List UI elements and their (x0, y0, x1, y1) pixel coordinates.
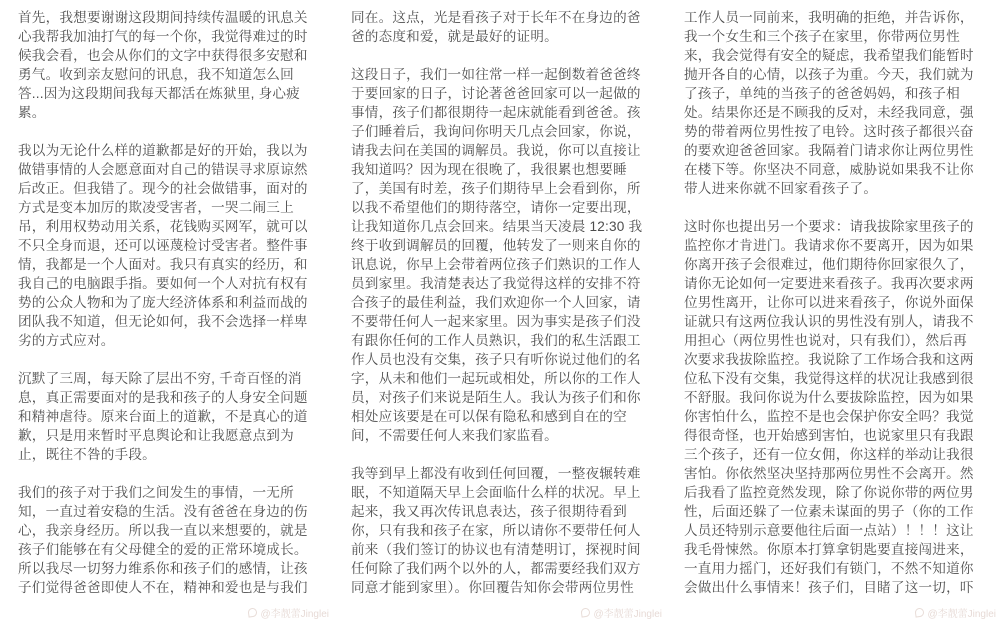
weibo-logo-icon (581, 607, 591, 617)
paragraph: 我等到早上都没有收到任何回覆，一整夜辗转难 眠，不知道隔天早上会面临什么样的状况… (351, 464, 650, 597)
column-3-text: 工作人员一同前来，我明确的拒绝，并告诉你， 我一个女生和三个孩子在家里，你带两位… (684, 8, 984, 597)
paragraph: 沉默了三周，每天除了层出不穷, 千奇百怪的消 息，真正需要面对的是我和孩子的人身… (18, 369, 317, 464)
text-column-2: 同在。这点，光是看孩子对于长年不在身边的爸 爸的态度和爱，就是最好的证明。这段日… (333, 0, 666, 623)
column-1-text: 首先，我想要谢谢这段期间持续传温暖的讯息关 心我帮我加油打气的每一个你，我觉得难… (18, 8, 317, 597)
weibo-logo-icon (915, 607, 925, 617)
text-column-3: 工作人员一同前来，我明确的拒绝，并告诉你， 我一个女生和三个孩子在家里，你带两位… (666, 0, 1000, 623)
paragraph: 我们的孩子对于我们之间发生的事情，一无所 知，一直过着安稳的生活。没有爸爸在身边… (18, 483, 317, 597)
column-2-text: 同在。这点，光是看孩子对于长年不在身边的爸 爸的态度和爱，就是最好的证明。这段日… (351, 8, 650, 597)
text-column-1: 首先，我想要谢谢这段期间持续传温暖的讯息关 心我帮我加油打气的每一个你，我觉得难… (0, 0, 333, 623)
weibo-watermark-text: @李靓蕾Jinglei (260, 605, 329, 620)
paragraph: 这段日子，我们一如往常一样一起倒数着爸爸终 于要回家的日子，讨论著爸爸回家可以一… (351, 65, 650, 445)
weibo-watermark: @李靓蕾Jinglei (915, 605, 996, 620)
paragraph: 首先，我想要谢谢这段期间持续传温暖的讯息关 心我帮我加油打气的每一个你，我觉得难… (18, 8, 317, 122)
paragraph: 我以为无论什么样的道歉都是好的开始，我以为 做错事情的人会愿意面对自己的错误寻求… (18, 141, 317, 350)
weibo-logo-icon (248, 607, 258, 617)
paragraph: 工作人员一同前来，我明确的拒绝，并告诉你， 我一个女生和三个孩子在家里，你带两位… (684, 8, 984, 198)
weibo-watermark: @李靓蕾Jinglei (248, 605, 329, 620)
paragraph: 同在。这点，光是看孩子对于长年不在身边的爸 爸的态度和爱，就是最好的证明。 (351, 8, 650, 46)
weibo-long-post-image: 首先，我想要谢谢这段期间持续传温暖的讯息关 心我帮我加油打气的每一个你，我觉得难… (0, 0, 1000, 623)
paragraph: 这时你也提出另一个要求：请我拔除家里孩子的 监控你才肯进门。我请求你不要离开，因… (684, 217, 984, 597)
weibo-watermark: @李靓蕾Jinglei (581, 605, 662, 620)
weibo-watermark-text: @李靓蕾Jinglei (593, 605, 662, 620)
weibo-watermark-text: @李靓蕾Jinglei (927, 605, 996, 620)
